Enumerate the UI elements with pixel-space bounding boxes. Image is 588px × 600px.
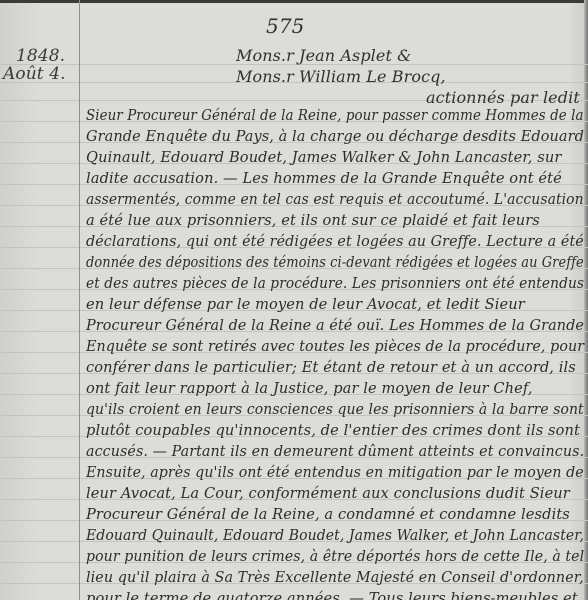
body-line: conférer dans le particulier; Et étant d… [86,359,576,376]
page-number: 575 [266,14,304,38]
body-line: accusés. — Partant ils en demeurent dûme… [86,443,584,460]
body-line: Sieur Procureur Général de la Reine, pou… [86,107,584,124]
body-line: Procureur Général de la Reine a été ouï.… [86,317,584,334]
register-page: 1848. Août 4. 575 Mons.r Jean Asplet & M… [0,0,588,600]
heading-line-3: actionnés par ledit [426,88,580,107]
margin-year: 1848. [16,46,65,66]
body-line: pour punition de leurs crimes, à être dé… [86,548,584,565]
body-line: assermentés, comme en tel cas est requis… [86,191,584,208]
margin-rule [79,0,80,600]
body-line: plutôt coupables qu'innocents, de l'enti… [86,422,580,439]
heading-line-1: Mons.r Jean Asplet & [236,46,412,65]
body-line: qu'ils croient en leurs consciences que … [86,401,584,418]
body-line: Quinault, Edouard Boudet, James Walker &… [86,149,561,166]
body-line: Procureur Général de la Reine, a condamn… [86,506,570,523]
body-line: donnée des dépositions des témoins ci-de… [86,254,584,271]
body-line: Edouard Quinault, Edouard Boudet, James … [86,527,584,544]
page-top-edge [0,0,588,3]
page-right-edge [584,0,588,600]
heading-line-2: Mons.r William Le Brocq, [236,67,446,86]
body-line: pour le terme de quatorze années. — Tous… [86,590,578,600]
body-line: a été lue aux prisonniers, et ils ont su… [86,212,540,229]
body-line: et des autres pièces de la procédure. Le… [86,275,584,292]
body-line: Grande Enquête du Pays, à la charge ou d… [86,128,584,145]
body-line: ont fait leur rapport à la Justice, par … [86,380,533,397]
body-line: ladite accusation. — Les hommes de la Gr… [86,170,562,187]
margin-date: Août 4. [3,64,66,84]
body-line: leur Avocat, La Cour, conformément aux c… [86,485,570,502]
body-line: Ensuite, après qu'ils ont été entendus e… [86,464,584,481]
body-line: Enquête se sont retirés avec toutes les … [86,338,584,355]
body-line: lieu qu'il plaira à Sa Très Excellente M… [86,569,584,586]
body-line: déclarations, qui ont été rédigées et lo… [86,233,584,250]
body-line: en leur défense par le moyen de leur Avo… [86,296,525,313]
